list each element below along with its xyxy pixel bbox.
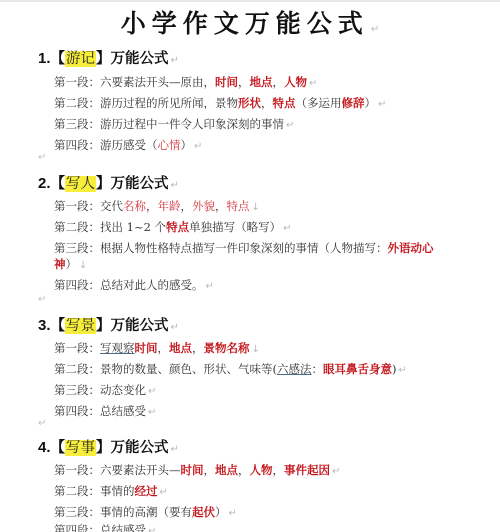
empty-paragraph-mark-icon: ↵ — [38, 152, 46, 163]
emphasis-text: 人物 — [250, 463, 273, 477]
section-2-line-3: 第三段：根据人物性格特点描写一件印象深刻的事情（人物描写：外语动心 — [54, 240, 434, 256]
paragraph-label: 第二段： — [54, 362, 100, 376]
line-break-mark-icon: ↓ — [252, 202, 260, 213]
bracket-close: 】 — [96, 318, 111, 334]
body-text: 游历感受（ — [100, 138, 158, 152]
paragraph-mark-icon: ↵ — [332, 466, 340, 477]
emphasis-text: 写观察 — [100, 341, 135, 355]
section-1-line-2: 第二段：游历过程的所见所闻，景物形状，特点（多运用修辞）↵ — [54, 95, 386, 111]
paragraph-mark-icon: ↵ — [171, 55, 179, 66]
empty-paragraph-mark-icon: ↵ — [38, 294, 46, 305]
emphasis-text: 地点 — [250, 75, 273, 89]
paragraph-label: 第三段： — [54, 241, 100, 255]
paragraph-mark-icon: ↵ — [148, 526, 156, 532]
emphasis-text: 特点 — [166, 220, 189, 234]
body-text: 总结感受 — [100, 404, 146, 418]
emphasis-text: 外语动心 — [388, 241, 434, 255]
emphasis-text: 年龄 — [158, 199, 181, 213]
section-number: 2. — [38, 175, 51, 192]
highlighted-tag: 写人 — [65, 176, 96, 192]
paragraph-mark-icon: ↵ — [148, 407, 156, 418]
paragraph-mark-icon: ↵ — [283, 223, 291, 234]
title-text: 小学作文万能公式 — [121, 9, 369, 38]
paragraph-mark-icon: ↵ — [378, 99, 386, 110]
paragraph-label: 第二段： — [54, 484, 100, 498]
emphasis-text: 起伏 — [192, 505, 215, 519]
section-1-line-1: 第一段：六要素法开头—原由，时间，地点，人物↵ — [54, 74, 317, 90]
paragraph-mark-icon: ↵ — [286, 120, 294, 131]
section-4-line-1: 第一段：六要素法开头—时间，地点，人物，事件起因↵ — [54, 462, 340, 478]
section-4-line-4: 第四段：总结感受↵ — [54, 522, 156, 532]
body-text: 事情的 — [100, 484, 135, 498]
line-break-mark-icon: ↓ — [252, 344, 260, 355]
paragraph-mark-icon: ↵ — [206, 281, 214, 292]
heading-text: 万能公式 — [111, 50, 169, 67]
section-heading-youji: 1.【游记】万能公式↵ — [38, 47, 179, 68]
body-text: ， — [204, 463, 216, 477]
body-text: ) — [392, 362, 397, 376]
bracket-open: 【 — [51, 176, 66, 192]
section-heading-xieshi: 4.【写事】万能公式↵ — [38, 436, 179, 457]
paragraph-label: 第三段： — [54, 117, 100, 131]
body-text: 动态变化 — [100, 383, 146, 397]
body-text: ， — [238, 463, 250, 477]
emphasis-text: 地点 — [169, 341, 192, 355]
section-2-line-1: 第一段：交代名称，年龄，外貌，特点↓ — [54, 198, 260, 214]
body-text: 事情的高潮（要有 — [100, 505, 192, 519]
paragraph-label: 第一段： — [54, 75, 100, 89]
section-number: 4. — [38, 439, 51, 456]
body-text: ） — [215, 505, 227, 519]
body-text: 六要素法开头—原由， — [100, 75, 215, 89]
paragraph-label: 第四段： — [54, 138, 100, 152]
emphasis-text: 时间 — [215, 75, 238, 89]
body-text: ： — [312, 362, 324, 376]
body-text: ， — [273, 463, 285, 477]
body-text: ， — [261, 96, 273, 110]
section-3-line-3: 第三段：动态变化↵ — [54, 382, 156, 398]
emphasis-text: 名称 — [123, 199, 146, 213]
section-4-line-2: 第二段：事情的经过↵ — [54, 483, 168, 499]
body-text: 景物的数量、颜色、形状、气味等( — [100, 362, 277, 376]
emphasis-text: 景物名称 — [204, 341, 250, 355]
page-top-border — [0, 0, 500, 2]
line-break-mark-icon: ↓ — [79, 260, 87, 271]
highlighted-tag: 写景 — [65, 318, 96, 334]
emphasis-text: 六感法 — [277, 362, 312, 376]
paragraph-label: 第三段： — [54, 505, 100, 519]
body-text: （多运用 — [296, 96, 342, 110]
paragraph-mark-icon: ↵ — [171, 180, 179, 191]
emphasis-text: 特点 — [273, 96, 296, 110]
section-1-line-3: 第三段：游历过程中一件令人印象深刻的事情↵ — [54, 116, 294, 132]
heading-text: 万能公式 — [111, 175, 169, 192]
emphasis-text: 经过 — [135, 484, 158, 498]
paragraph-label: 第二段： — [54, 220, 100, 234]
section-1-line-4: 第四段：游历感受（心情）↵ — [54, 137, 202, 153]
body-text: 六要素法开头— — [100, 463, 181, 477]
bracket-close: 】 — [96, 440, 111, 456]
body-text: 单独描写（略写） — [189, 220, 281, 234]
section-heading-xiejing: 3.【写景】万能公式↵ — [38, 314, 179, 335]
body-text: 游历过程的所见所闻，景物 — [100, 96, 238, 110]
bracket-close: 】 — [96, 51, 111, 67]
body-text: ） — [365, 96, 377, 110]
paragraph-label: 第一段： — [54, 199, 100, 213]
highlighted-tag: 写事 — [65, 440, 96, 456]
paragraph-mark-icon: ↵ — [171, 322, 179, 333]
body-text: ） — [181, 138, 193, 152]
bracket-open: 【 — [51, 318, 66, 334]
paragraph-label: 第一段： — [54, 463, 100, 477]
emphasis-text: 心情 — [158, 138, 181, 152]
section-2-line-3-cont: 神）↓ — [54, 256, 87, 272]
section-3-line-2: 第二段：景物的数量、颜色、形状、气味等(六感法：眼耳鼻舌身意)↵ — [54, 361, 407, 377]
body-text: 总结感受 — [100, 523, 146, 532]
body-text: ， — [192, 341, 204, 355]
section-4-line-3: 第三段：事情的高潮（要有起伏）↵ — [54, 504, 237, 520]
section-2-line-2: 第二段：找出 1~2 个特点单独描写（略写）↵ — [54, 219, 291, 235]
paragraph-mark-icon: ↵ — [148, 386, 156, 397]
body-text: 游历过程中一件令人印象深刻的事情 — [100, 117, 284, 131]
section-3-line-1: 第一段：写观察时间，地点，景物名称↓ — [54, 340, 260, 356]
section-heading-xieren: 2.【写人】万能公式↵ — [38, 172, 179, 193]
heading-text: 万能公式 — [111, 317, 169, 334]
body-text: ， — [181, 199, 193, 213]
bracket-open: 【 — [51, 440, 66, 456]
body-text: ， — [146, 199, 158, 213]
body-text: ， — [215, 199, 227, 213]
emphasis-text: 修辞 — [342, 96, 365, 110]
document-title: 小学作文万能公式↵ — [0, 4, 500, 40]
paragraph-label: 第四段： — [54, 523, 100, 532]
emphasis-text: 特点 — [227, 199, 250, 213]
section-number: 1. — [38, 50, 51, 67]
paragraph-label: 第二段： — [54, 96, 100, 110]
emphasis-text: 时间 — [135, 341, 158, 355]
paragraph-mark-icon: ↵ — [171, 444, 179, 455]
paragraph-label: 第四段： — [54, 278, 100, 292]
emphasis-text: 外貌 — [192, 199, 215, 213]
body-text: 找出 1~2 个 — [100, 220, 166, 234]
body-text: ， — [158, 341, 170, 355]
emphasis-text: 时间 — [181, 463, 204, 477]
paragraph-mark-icon: ↵ — [399, 365, 407, 376]
emphasis-text: 形状 — [238, 96, 261, 110]
body-text: 总结对此人的感受。 — [100, 278, 204, 292]
paragraph-label: 第一段： — [54, 341, 100, 355]
body-text: 根据人物性格特点描写一件印象深刻的事情（人物描写： — [100, 241, 388, 255]
body-text: ） — [66, 257, 78, 271]
paragraph-label: 第四段： — [54, 404, 100, 418]
bracket-close: 】 — [96, 176, 111, 192]
section-number: 3. — [38, 317, 51, 334]
section-3-line-4: 第四段：总结感受↵ — [54, 403, 156, 419]
body-text: ， — [238, 75, 250, 89]
paragraph-mark-icon: ↵ — [160, 487, 168, 498]
paragraph-mark-icon: ↵ — [194, 141, 202, 152]
paragraph-label: 第三段： — [54, 383, 100, 397]
bracket-open: 【 — [51, 51, 66, 67]
emphasis-text: 人物 — [284, 75, 307, 89]
empty-paragraph-mark-icon: ↵ — [38, 418, 46, 429]
body-text: 交代 — [100, 199, 123, 213]
emphasis-text: 地点 — [215, 463, 238, 477]
section-2-line-4: 第四段：总结对此人的感受。↵ — [54, 277, 214, 293]
emphasis-text: 眼耳鼻舌身意 — [323, 362, 392, 376]
paragraph-mark-icon: ↵ — [371, 24, 379, 35]
emphasis-text: 神 — [54, 257, 66, 271]
highlighted-tag: 游记 — [65, 51, 96, 67]
emphasis-text: 事件起因 — [284, 463, 330, 477]
body-text: ， — [273, 75, 285, 89]
paragraph-mark-icon: ↵ — [309, 78, 317, 89]
heading-text: 万能公式 — [111, 439, 169, 456]
paragraph-mark-icon: ↵ — [229, 508, 237, 519]
